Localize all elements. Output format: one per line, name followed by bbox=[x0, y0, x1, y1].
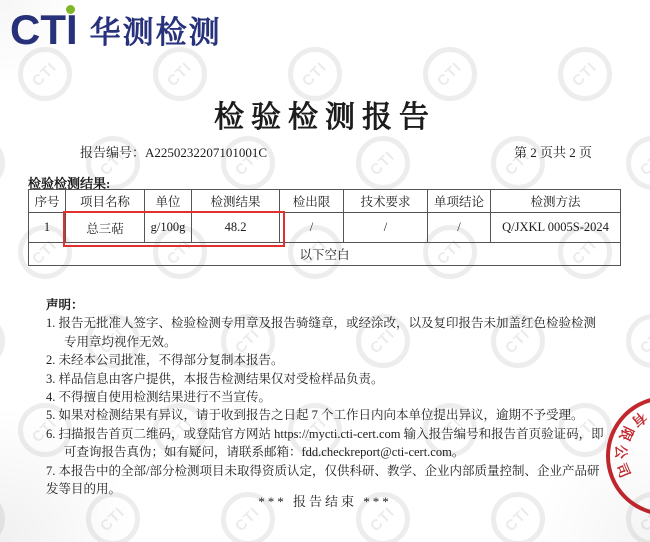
cti-watermark-icon: CTI bbox=[626, 314, 650, 368]
cell-requirement: / bbox=[344, 213, 428, 243]
cell-method: Q/JXKL 0005S-2024 bbox=[491, 213, 621, 243]
report-meta-row: 报告编号：A2250232207101001C 第 2 页共 2 页 bbox=[80, 142, 592, 161]
column-header-detection-limit: 检出限 bbox=[280, 190, 344, 213]
page-indicator: 第 2 页共 2 页 bbox=[514, 142, 592, 161]
column-header-result: 检测结果 bbox=[192, 190, 280, 213]
column-header-conclusion: 单项结论 bbox=[428, 190, 491, 213]
report-page: CTICTICTICTICTICTICTICTICTICTICTICTICTIC… bbox=[0, 0, 650, 542]
cell-conclusion: / bbox=[428, 213, 491, 243]
report-number-value: A2250232207101001C bbox=[145, 145, 267, 160]
page-title: 检验检测报告 bbox=[0, 92, 650, 136]
column-header-method: 检测方法 bbox=[491, 190, 621, 213]
declaration-heading: 声明： bbox=[46, 296, 604, 314]
cell-seq: 1 bbox=[29, 213, 66, 243]
column-header-item: 项目名称 bbox=[66, 190, 145, 213]
declaration-item: 4. 不得擅自使用检测结果进行不当宣传。 bbox=[46, 388, 604, 406]
declaration-item: 3. 样品信息由客户提供，本报告检测结果仅对受检样品负责。 bbox=[46, 370, 604, 388]
cell-detection-limit: / bbox=[280, 213, 344, 243]
red-seam-seal-icon: 有限公司 bbox=[596, 388, 650, 522]
seal-text: 有限公司 bbox=[612, 408, 650, 487]
declaration-item: 5. 如果对检测结果有异议，请于收到报告之日起 7 个工作日内向本单位提出异议，… bbox=[46, 406, 604, 424]
declaration-item: 2. 未经本公司批准，不得部分复制本报告。 bbox=[46, 351, 604, 369]
report-number-label: 报告编号： bbox=[80, 145, 145, 160]
cti-logo-green-dot-icon bbox=[66, 5, 75, 14]
declaration-item: 1. 报告无批准人签字、检验检测专用章及报告骑缝章，或经涂改，以及复印报告未加盖… bbox=[46, 314, 604, 351]
column-header-seq: 序号 bbox=[29, 190, 66, 213]
cti-logo: CTI 华测检测 bbox=[10, 10, 222, 50]
end-of-report-note: *** 报告结束 *** bbox=[0, 491, 650, 510]
cti-logo-letters: CTI bbox=[10, 10, 78, 50]
cti-logo-chinese-name: 华测检测 bbox=[90, 16, 222, 50]
results-section-label: 检验检测结果: bbox=[28, 173, 110, 192]
column-header-requirement: 技术要求 bbox=[344, 190, 428, 213]
svg-text:有限公司: 有限公司 bbox=[612, 408, 650, 487]
declaration-section: 声明： 1. 报告无批准人签字、检验检测专用章及报告骑缝章，或经涂改，以及复印报… bbox=[46, 296, 604, 498]
report-number: 报告编号：A2250232207101001C bbox=[80, 142, 267, 161]
table-header-row: 序号 项目名称 单位 检测结果 检出限 技术要求 单项结论 检测方法 bbox=[29, 190, 621, 213]
result-highlight-box bbox=[63, 211, 285, 247]
cti-watermark-icon: CTI bbox=[0, 314, 5, 368]
declaration-item: 6. 扫描报告首页二维码，或登陆官方网站 https://mycti.cti-c… bbox=[46, 425, 604, 462]
column-header-unit: 单位 bbox=[145, 190, 192, 213]
cti-watermark-icon: CTI bbox=[626, 136, 650, 190]
cti-watermark-icon: CTI bbox=[0, 136, 5, 190]
